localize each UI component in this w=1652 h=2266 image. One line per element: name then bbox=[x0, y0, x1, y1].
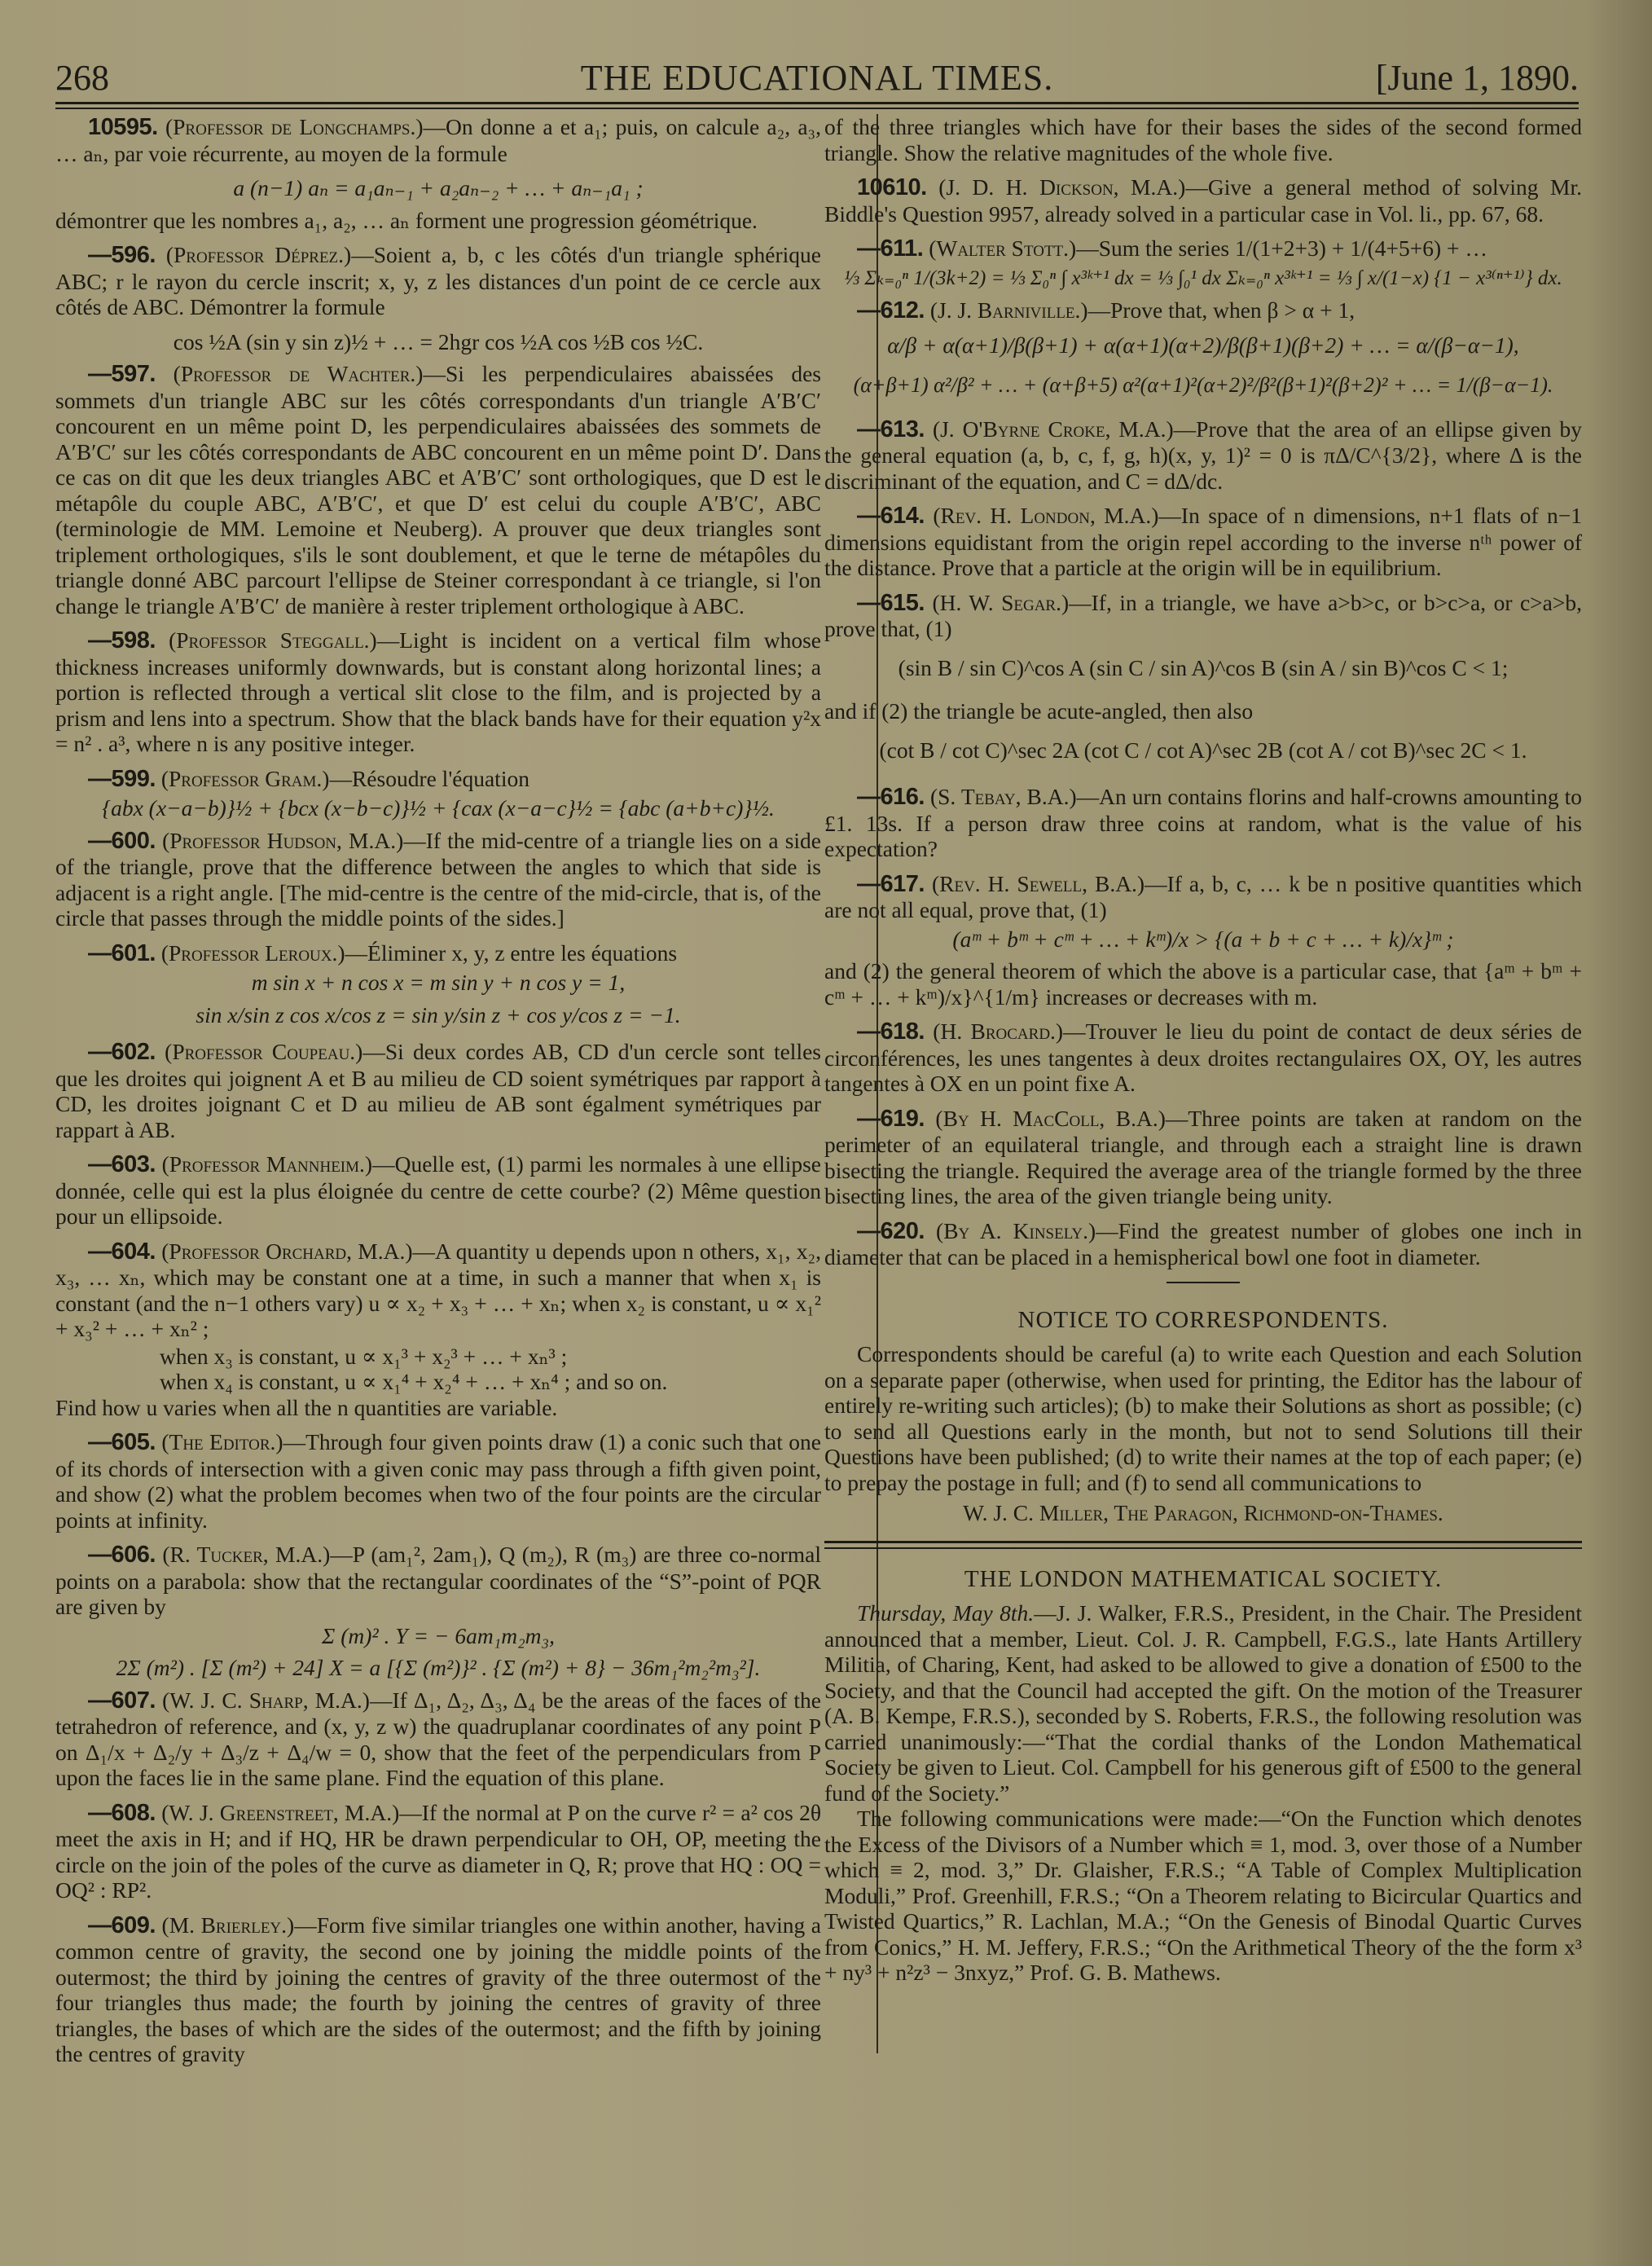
formula-line: when x₃ is constant, u ∝ x₁³ + x₂³ + … +… bbox=[55, 1344, 821, 1370]
question-number: —620. bbox=[857, 1218, 925, 1244]
formula: (aᵐ + bᵐ + cᵐ + … + kᵐ)/x > {(a + b + c … bbox=[824, 926, 1582, 953]
question-612: —612. (J. J. Barniville.)—Prove that, wh… bbox=[824, 297, 1582, 324]
question-597: —597. (Professor de Wachter.)—Si les per… bbox=[55, 361, 821, 618]
question-number: —600. bbox=[88, 828, 156, 854]
formula-line: when x₄ is constant, u ∝ x₁⁴ + x₂⁴ + … +… bbox=[55, 1369, 821, 1395]
lms-title: THE LONDON MATHEMATICAL SOCIETY. bbox=[824, 1567, 1582, 1593]
formula: (sin B / sin C)^cos A (sin C / sin A)^co… bbox=[824, 655, 1582, 681]
question-619: —619. (By H. MacColl, B.A.)—Three points… bbox=[824, 1106, 1582, 1209]
question-607: —607. (W. J. C. Sharp, M.A.)—If Δ₁, Δ₂, … bbox=[55, 1687, 821, 1791]
question-620: —620. (By A. Kinsely.)—Find the greatest… bbox=[824, 1218, 1582, 1270]
question-number: —616. bbox=[857, 784, 925, 810]
question-author: (W. J. C. Sharp, M.A.) bbox=[162, 1687, 370, 1713]
formula: cos ½A (sin y sin z)½ + … = 2hgr cos ½A … bbox=[55, 329, 821, 355]
question-author: (Professor de Wachter.) bbox=[174, 361, 424, 386]
question-author: (Professor Orchard, M.A.) bbox=[161, 1239, 412, 1264]
question-author: (J. D. H. Dickson, M.A.) bbox=[938, 174, 1185, 200]
question-author: (Professor Coupeau.) bbox=[165, 1039, 362, 1064]
question-617: —617. (Rev. H. Sewell, B.A.)—If a, b, c,… bbox=[824, 871, 1582, 923]
question-609: —609. (M. Brierley.)—Form five similar t… bbox=[55, 1912, 821, 2067]
question-596: —596. (Professor Déprez.)—Soient a, b, c… bbox=[55, 242, 821, 320]
question-number: —614. bbox=[857, 503, 925, 529]
question-606: —606. (R. Tucker, M.A.)—P (am₁², 2am₁), … bbox=[55, 1542, 821, 1620]
question-number: —605. bbox=[88, 1429, 156, 1455]
question-613: —613. (J. O'Byrne Croke, M.A.)—Prove tha… bbox=[824, 416, 1582, 495]
question-text: —Éliminer x, y, z entre les équations bbox=[345, 940, 678, 966]
lms-text: —J. J. Walker, F.R.S., President, in the… bbox=[824, 1600, 1582, 1806]
notice-title: NOTICE TO CORRESPONDENTS. bbox=[824, 1308, 1582, 1334]
question-609-continued: of the three triangles which have for th… bbox=[824, 114, 1582, 165]
question-author: (Rev. H. London, M.A.) bbox=[933, 503, 1158, 528]
question-number: —604. bbox=[88, 1239, 156, 1265]
question-number: 10595. bbox=[88, 114, 158, 140]
formula: (α+β+1) α²/β² + … + (α+β+5) α²(α+1)²(α+2… bbox=[824, 372, 1582, 398]
section-divider bbox=[1167, 1282, 1240, 1283]
question-number: —597. bbox=[88, 361, 156, 387]
question-number: —613. bbox=[857, 416, 925, 442]
question-author: (By A. Kinsely.) bbox=[936, 1218, 1096, 1243]
question-text: —Prove that, when β > α + 1, bbox=[1088, 297, 1355, 323]
question-10610: 10610. (J. D. H. Dickson, M.A.)—Give a g… bbox=[824, 174, 1582, 227]
question-614: —614. (Rev. H. London, M.A.)—In space of… bbox=[824, 503, 1582, 581]
double-rule bbox=[824, 1541, 1582, 1549]
question-author: (Professor Gram.) bbox=[161, 766, 330, 791]
question-599: —599. (Professor Gram.)—Résoudre l'équat… bbox=[55, 766, 821, 793]
question-600: —600. (Professor Hudson, M.A.)—If the mi… bbox=[55, 828, 821, 931]
question-author: (By H. MacColl, B.A.) bbox=[935, 1106, 1165, 1131]
formula: m sin x + n cos x = m sin y + n cos y = … bbox=[55, 970, 821, 996]
question-text: —Sum the series 1/(1+2+3) + 1/(4+5+6) + … bbox=[1076, 235, 1487, 261]
question-10595: 10595. (Professor de Longchamps.)—On don… bbox=[55, 114, 821, 166]
formula: Σ (m)² . Y = − 6am₁m₂m₃, bbox=[55, 1623, 821, 1649]
question-number: —615. bbox=[857, 590, 925, 616]
question-601: —601. (Professor Leroux.)—Éliminer x, y,… bbox=[55, 940, 821, 967]
left-column: 10595. (Professor de Longchamps.)—On don… bbox=[55, 114, 821, 2076]
question-author: (Professor Leroux.) bbox=[161, 940, 345, 966]
question-author: (H. W. Segar.) bbox=[932, 590, 1069, 615]
question-number: —618. bbox=[857, 1019, 925, 1045]
question-author: (Rev. H. Sewell, B.A.) bbox=[932, 871, 1145, 896]
question-author: (Walter Stott.) bbox=[929, 235, 1076, 261]
header-rule-secondary bbox=[55, 108, 1579, 109]
question-number: —609. bbox=[88, 1912, 156, 1938]
question-number: —602. bbox=[88, 1039, 156, 1065]
question-615: —615. (H. W. Segar.)—If, in a triangle, … bbox=[824, 590, 1582, 642]
question-text-continued: and (2) the general theorem of which the… bbox=[824, 958, 1582, 1010]
question-598: —598. (Professor Steggall.)—Light is inc… bbox=[55, 627, 821, 757]
question-618: —618. (H. Brocard.)—Trouver le lieu du p… bbox=[824, 1019, 1582, 1097]
lms-paragraph-2: The following communications were made:—… bbox=[824, 1806, 1582, 1986]
question-number: —607. bbox=[88, 1687, 156, 1714]
question-611: —611. (Walter Stott.)—Sum the series 1/(… bbox=[824, 235, 1582, 262]
lms-paragraph-1: Thursday, May 8th.—J. J. Walker, F.R.S.,… bbox=[824, 1600, 1582, 1806]
question-author: (J. J. Barniville.) bbox=[930, 297, 1088, 323]
question-author: (R. Tucker, M.A.) bbox=[162, 1542, 330, 1567]
question-number: —603. bbox=[88, 1151, 156, 1177]
question-number: —617. bbox=[857, 871, 925, 897]
question-author: (W. J. Greenstreet, M.A.) bbox=[161, 1800, 399, 1825]
meeting-date: Thursday, May 8th. bbox=[857, 1600, 1034, 1626]
publication-title: THE EDUCATIONAL TIMES. bbox=[55, 57, 1579, 99]
question-text-continued: démontrer que les nombres a₁, a₂, … aₙ f… bbox=[55, 208, 821, 234]
question-number: —612. bbox=[857, 297, 925, 323]
question-author: (H. Brocard.) bbox=[933, 1019, 1063, 1044]
question-number: 10610. bbox=[857, 174, 927, 200]
question-603: —603. (Professor Mannheim.)—Quelle est, … bbox=[55, 1151, 821, 1230]
question-604: —604. (Professor Orchard, M.A.)—A quanti… bbox=[55, 1239, 821, 1342]
formula: a (n−1) aₙ = a₁aₙ₋₁ + a₂aₙ₋₂ + … + aₙ₋₁a… bbox=[55, 175, 821, 201]
right-column: of the three triangles which have for th… bbox=[824, 114, 1582, 1986]
question-author: (Professor Mannheim.) bbox=[162, 1151, 372, 1177]
question-number: —599. bbox=[88, 766, 156, 792]
question-number: —596. bbox=[88, 242, 156, 268]
question-author: (S. Tebay, B.A.) bbox=[930, 784, 1077, 809]
formula: ⅓ Σₖ₌₀ⁿ 1/(3k+2) = ⅓ Σ₀ⁿ ∫ x³ᵏ⁺¹ dx = ⅓ … bbox=[824, 266, 1582, 292]
issue-date: [June 1, 1890. bbox=[1376, 57, 1579, 99]
question-616: —616. (S. Tebay, B.A.)—An urn contains f… bbox=[824, 784, 1582, 862]
header-rule bbox=[55, 102, 1579, 104]
formula: 2Σ (m²) . [Σ (m²) + 24] X = a [{Σ (m²)}²… bbox=[55, 1655, 821, 1681]
question-author: (M. Brierley.) bbox=[162, 1912, 295, 1938]
question-number: —606. bbox=[88, 1542, 156, 1568]
question-text: —Si les perpendiculaires abaissées des s… bbox=[55, 361, 821, 618]
question-number: —608. bbox=[88, 1800, 156, 1826]
question-text-continued: Find how u varies when all the n quantit… bbox=[55, 1395, 821, 1421]
formula: (cot B / cot C)^sec 2A (cot C / cot A)^s… bbox=[824, 737, 1582, 763]
question-605: —605. (The Editor.)—Through four given p… bbox=[55, 1429, 821, 1533]
question-author: (J. O'Byrne Croke, M.A.) bbox=[933, 416, 1174, 442]
question-number: —611. bbox=[857, 235, 923, 262]
question-number: —598. bbox=[88, 627, 156, 653]
formula: sin x/sin z cos x/cos z = sin y/sin z + … bbox=[55, 1002, 821, 1028]
notice-address: W. J. C. Miller, The Paragon, Richmond-o… bbox=[824, 1500, 1582, 1526]
question-number: —601. bbox=[88, 940, 156, 966]
formula: α/β + α(α+1)/β(β+1) + α(α+1)(α+2)/β(β+1)… bbox=[824, 332, 1582, 359]
question-author: (Professor Steggall.) bbox=[169, 627, 377, 653]
question-author: (The Editor.) bbox=[161, 1429, 283, 1454]
formula: {abx (x−a−b)}½ + {bcx (x−b−c)}½ + {cax (… bbox=[55, 795, 821, 821]
question-602: —602. (Professor Coupeau.)—Si deux corde… bbox=[55, 1039, 821, 1142]
masthead: 268 THE EDUCATIONAL TIMES. [June 1, 1890… bbox=[55, 57, 1579, 106]
question-608: —608. (W. J. Greenstreet, M.A.)—If the n… bbox=[55, 1800, 821, 1903]
question-author: (Professor Déprez.) bbox=[166, 242, 351, 267]
question-author: (Professor de Longchamps.) bbox=[165, 114, 424, 139]
question-text-continued: and if (2) the triangle be acute-angled,… bbox=[824, 698, 1582, 724]
notice-body: Correspondents should be careful (a) to … bbox=[824, 1341, 1582, 1495]
question-author: (Professor Hudson, M.A.) bbox=[162, 828, 403, 853]
question-number: —619. bbox=[857, 1106, 925, 1132]
question-text: —Résoudre l'équation bbox=[329, 766, 529, 791]
